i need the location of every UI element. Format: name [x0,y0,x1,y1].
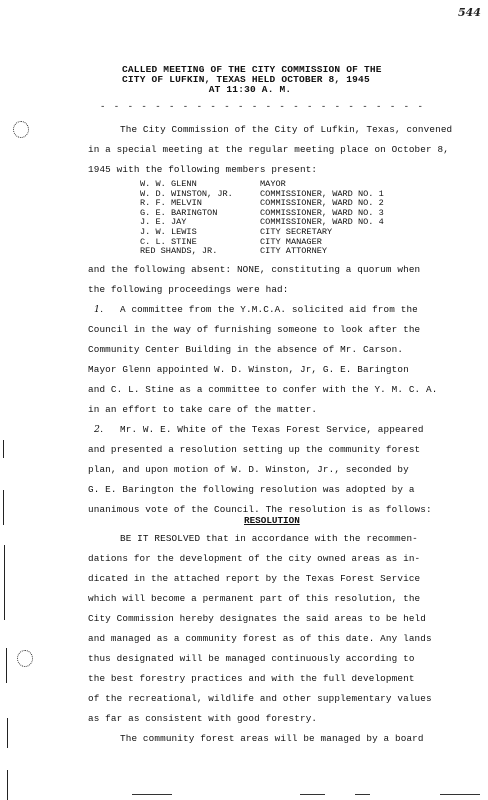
intro-line: in a special meeting at the regular meet… [88,144,449,155]
item-1-line: Mayor Glenn appointed W. D. Winston, Jr,… [88,364,409,375]
scan-noise [0,790,488,800]
item-2-line: and presented a resolution setting up th… [88,444,420,455]
item-1-line: Council in the way of furnishing someone… [88,324,420,335]
intro-line: The City Commission of the City of Lufki… [120,124,452,135]
member-row: RED SHANDS, JR. CITY ATTORNEY [140,247,384,257]
scan-edge-line [6,648,7,683]
scan-edge-line [3,440,4,458]
item-number: 2. [94,424,120,435]
item-1-line: Community Center Building in the absence… [88,344,403,355]
scan-edge-line [7,718,8,748]
item-text: A committee from the Y.M.C.A. solicited … [120,304,418,315]
resolution-line: thus designated will be managed continuo… [88,653,415,664]
member-name: RED SHANDS, JR. [140,247,260,257]
resolution-line: as far as consistent with good forestry. [88,713,317,724]
item-2-line: plan, and upon motion of W. D. Winston, … [88,464,409,475]
punch-hole-icon [13,121,29,138]
item-2-line: G. E. Barington the following resolution… [88,484,415,495]
page-number: 544 [458,6,481,19]
resolution-line: City Commission hereby designates the sa… [88,613,426,624]
item-number: 1. [94,304,120,315]
item-2-line: unanimous vote of the Council. The resol… [88,504,432,515]
resolution-line: BE IT RESOLVED that in accordance with t… [120,533,418,544]
absent-line: and the following absent: NONE, constitu… [88,264,420,275]
resolution-line: The community forest areas will be manag… [120,733,424,744]
document-page: 544 CALLED MEETING OF THE CITY COMMISSIO… [0,0,488,800]
resolution-line: dicated in the attached report by the Te… [88,573,420,584]
member-title: CITY ATTORNEY [260,247,327,257]
item-2-line: 2.Mr. W. E. White of the Texas Forest Se… [94,424,424,435]
resolution-heading: RESOLUTION [244,515,300,526]
item-1-line: and C. L. Stine as a committee to confer… [88,384,437,395]
absent-line: the following proceedings were had: [88,284,289,295]
scan-edge-line [4,545,5,620]
dashed-divider: - - - - - - - - - - - - - - - - - - - - … [100,102,430,112]
intro-line: 1945 with the following members present: [88,164,317,175]
members-present-list: W. W. GLENN MAYOR W. D. WINSTON, JR. COM… [140,180,384,257]
resolution-line: dations for the development of the city … [88,553,420,564]
resolution-line: and managed as a community forest as of … [88,633,432,644]
document-title: CALLED MEETING OF THE CITY COMMISSION OF… [100,65,400,95]
resolution-line: the best forestry practices and with the… [88,673,415,684]
item-text: Mr. W. E. White of the Texas Forest Serv… [120,424,424,435]
item-1-line: in an effort to take care of the matter. [88,404,317,415]
punch-hole-icon [17,650,33,667]
item-1-line: 1.A committee from the Y.M.C.A. solicite… [94,304,418,315]
resolution-line: which will become a permanent part of th… [88,593,420,604]
title-line: AT 11:30 A. M. [100,85,400,95]
scan-edge-line [3,490,4,525]
resolution-line: of the recreational, wildlife and other … [88,693,432,704]
